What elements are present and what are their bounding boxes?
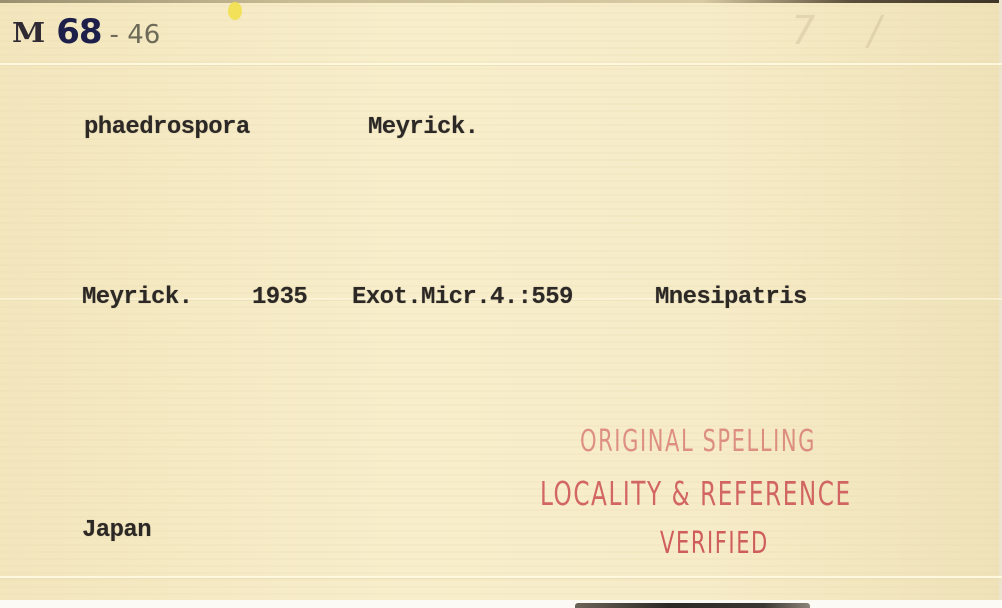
reference-genus: Mnesipatris	[655, 284, 807, 311]
verification-stamp-line-2: LOCALITY & REFERENCE	[540, 474, 852, 513]
verification-stamp-line-3: VERIFIED	[660, 526, 769, 561]
index-card: 7 / M 68 - 46 phaedrospora Meyrick. Meyr…	[0, 0, 1002, 606]
reference-citation: Exot.Micr.4.:559	[352, 284, 573, 311]
scan-background	[0, 600, 1002, 608]
species-author: Meyrick.	[368, 114, 478, 141]
verification-stamp-line-1: ORIGINAL SPELLING	[580, 424, 816, 459]
card-top-edge	[0, 0, 1002, 3]
catalog-number-suffix: - 46	[110, 20, 161, 50]
reference-author: Meyrick.	[82, 284, 192, 311]
catalog-number-ink: 68	[56, 12, 101, 52]
catalog-prefix: M	[12, 18, 44, 50]
catalog-number: M 68 - 46	[12, 12, 160, 52]
reference-year: 1935	[252, 284, 307, 311]
yellow-mark	[228, 2, 242, 20]
species-name: phaedrospora	[84, 114, 250, 141]
ruled-line	[0, 576, 1002, 579]
ruled-line	[0, 63, 1002, 66]
faint-pencil-mark: 7 /	[786, 8, 906, 54]
card-below-shadow	[575, 603, 810, 608]
locality: Japan	[82, 517, 151, 544]
